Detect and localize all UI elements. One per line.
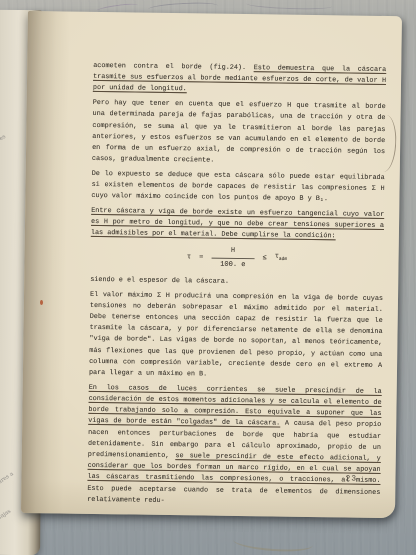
bleed-through-text: ndiculares a [0,471,15,494]
handwritten-margin-bracket [383,115,398,173]
paragraph: Pero hay que tener en cuenta que el esfu… [92,98,386,169]
typewritten-text-column: acometen contra el borde (fig.24). Esto … [87,61,386,514]
gutter-shadow [21,11,70,514]
paragraph: acometen contra el borde (fig.24). Esto … [93,61,386,99]
red-speck [40,300,43,305]
photo-canvas: ato es ndiculares a le las fajas acomete… [0,0,416,555]
fraction: H100. e [211,245,255,271]
paragraph: siendo e el espesor de la cáscara. [90,275,383,290]
document-page: acometen contra el borde (fig.24). Esto … [21,11,402,518]
bleed-through-text: ato es [0,134,7,148]
bleed-through-text: le las fajas [0,508,12,529]
paragraph: El valor máximo Σ H producirá una compre… [89,290,383,384]
page-number: 23 [345,474,357,483]
paragraph: Entre cáscara y viga de borde existe un … [91,206,384,244]
paragraph: De lo expuesto se deduce que esta cáscar… [91,169,384,207]
stress-formula: τ=H100. e≤τadm [90,243,383,272]
paragraph: En los casos de luces corrientes se suel… [87,383,382,510]
